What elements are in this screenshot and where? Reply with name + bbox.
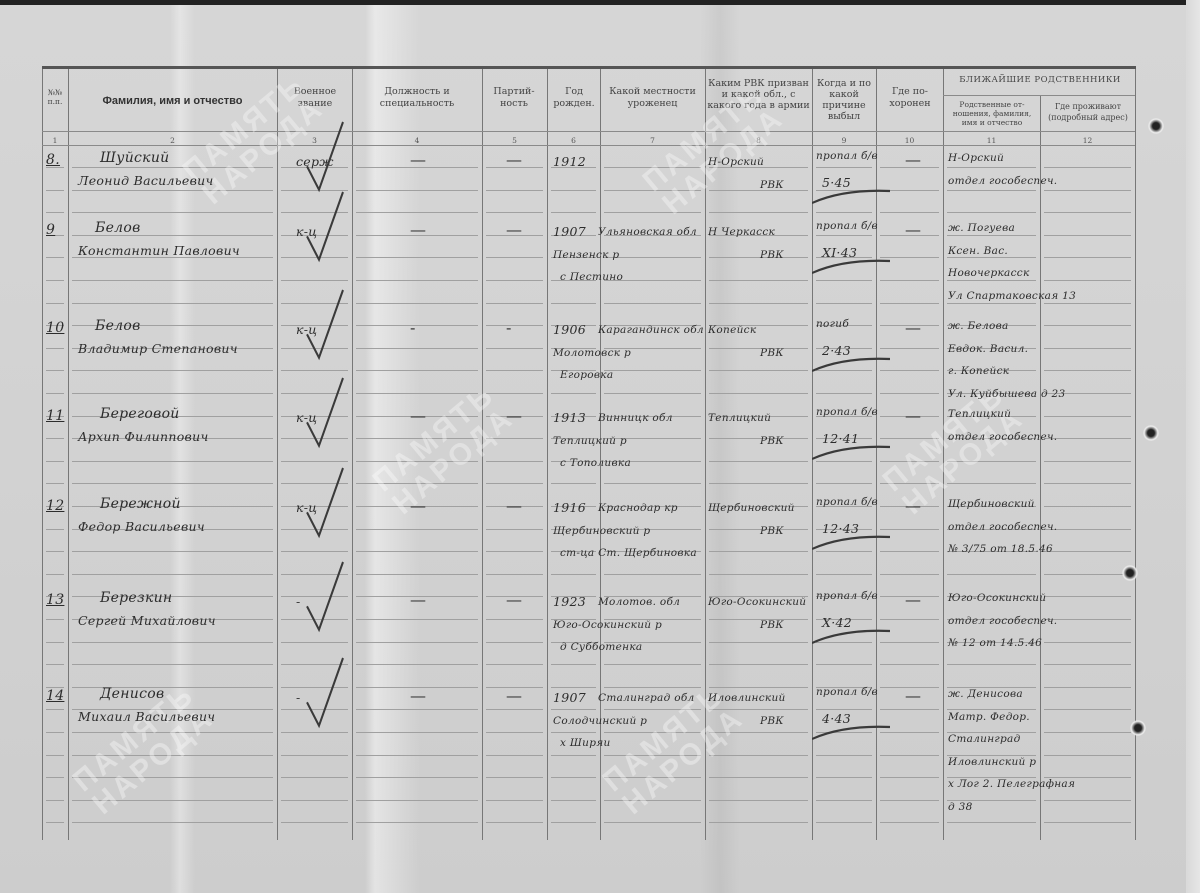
column-divider [1040,95,1041,840]
row-rule [947,212,1036,213]
position-value: - [410,318,415,337]
row-rule [281,800,348,801]
position-value: — [410,686,426,705]
row-rule [486,619,543,620]
relatives-line: г. Копейск [948,365,1009,377]
row-rule [551,709,596,710]
row-rule [604,687,701,688]
relatives-line: Матр. Федор. [948,711,1030,723]
column-number: 10 [876,136,943,145]
birthplace-line: Юго-Осокинский р [553,619,662,631]
row-rule [551,732,596,733]
row-rule [486,325,543,326]
row-rule [709,800,808,801]
column-number: 11 [943,136,1040,145]
header-col-birth-year: Год рожден. [548,86,600,110]
relatives-line: Н-Орский [948,152,1004,164]
row-rule [486,303,543,304]
relatives-line: Щербиновский [948,498,1035,510]
pen-stroke-mark [812,257,890,277]
row-rule [709,619,808,620]
header-col-left: Когда и по какой причине выбыл [813,78,875,122]
row-rule [72,393,273,394]
row-rule [709,664,808,665]
row-rule [281,822,348,823]
row-rule [356,574,478,575]
party-value: — [506,150,522,169]
row-rule [551,212,596,213]
column-number: 6 [547,136,600,145]
position-value: — [410,220,426,239]
first-name-patronymic: Константин Павлович [78,243,240,258]
row-number: 10 [46,320,64,336]
row-rule [46,800,64,801]
row-rule [281,755,348,756]
row-rule [947,235,1036,236]
relatives-line: отдел гособеспеч. [948,615,1057,627]
row-rule [1044,687,1131,688]
row-rule [46,461,64,462]
row-rule [816,303,872,304]
row-rule [281,370,348,371]
row-rule [604,303,701,304]
birthplace-line: Ульяновская обл [598,226,697,238]
column-divider [277,69,278,840]
row-rule [72,642,273,643]
buried-value: — [905,590,921,609]
birth-year: 1916 [553,500,586,515]
row-number: 14 [46,688,64,704]
row-rule [709,574,808,575]
row-rule [816,755,872,756]
row-rule [709,212,808,213]
checkmark-icon [305,290,345,360]
row-rule [1044,664,1131,665]
row-rule [72,461,273,462]
row-rule [880,280,939,281]
birthplace-line: Молотовск р [553,347,631,359]
birthplace-line: х Ширяи [560,737,611,749]
scan-top-edge [0,0,1200,5]
birth-year: 1912 [553,154,586,169]
relatives-line: ж. Белова [948,320,1009,332]
rvk-line: РВК [760,347,784,359]
row-rule [709,687,808,688]
row-rule [943,95,1135,96]
row-rule [709,822,808,823]
row-rule [947,190,1036,191]
row-rule [880,348,939,349]
column-divider [42,69,43,840]
row-rule [709,257,808,258]
row-rule [46,370,64,371]
row-rule [551,777,596,778]
row-rule [281,461,348,462]
row-rule [709,438,808,439]
punch-hole [1130,720,1146,736]
column-number: 5 [482,136,547,145]
row-rule [816,393,872,394]
column-number: 4 [352,136,482,145]
row-rule [709,370,808,371]
rvk-line: РВК [760,179,784,191]
relatives-line: Сталинград [948,733,1021,745]
row-rule [356,642,478,643]
row-rule [281,777,348,778]
row-rule [46,438,64,439]
row-rule [1044,190,1131,191]
row-rule [816,574,872,575]
row-rule [356,529,478,530]
punch-hole [1148,118,1164,134]
row-rule [356,732,478,733]
checkmark-icon [305,562,345,632]
row-rule [486,393,543,394]
party-value: — [506,406,522,425]
row-rule [709,280,808,281]
checkmark-icon [305,378,345,448]
row-rule [880,800,939,801]
party-value: — [506,590,522,609]
left-line: пропал б/в [816,220,878,232]
row-rule [486,461,543,462]
row-rule [880,619,939,620]
rvk-line: РВК [760,249,784,261]
header-col-number: №№ п.п. [42,88,68,106]
row-rule [816,167,872,168]
position-value: — [410,406,426,425]
left-line: пропал б/в [816,406,878,418]
row-rule [604,574,701,575]
left-line: пропал б/в [816,150,878,162]
row-rule [816,777,872,778]
row-number: 8. [46,152,60,168]
row-rule [46,755,64,756]
row-rule [46,664,64,665]
pen-stroke-mark [812,355,890,375]
row-rule [551,800,596,801]
rvk-line: Теплицкий [708,412,771,424]
row-rule [1044,506,1131,507]
row-rule [486,642,543,643]
row-rule [604,822,701,823]
row-rule [551,822,596,823]
row-rule [709,483,808,484]
relatives-line: ж. Денисова [948,688,1023,700]
row-rule [72,212,273,213]
row-rule [709,642,808,643]
row-rule [46,190,64,191]
birthplace-line: Теплицкий р [553,435,627,447]
pen-stroke-mark [812,443,890,463]
row-rule [880,777,939,778]
first-name-patronymic: Федор Васильевич [78,519,205,534]
party-value: — [506,496,522,515]
rvk-line: РВК [760,435,784,447]
surname: Береговой [100,406,180,422]
row-rule [1044,348,1131,349]
checkmark-icon [305,192,345,262]
paper-right-edge [1186,0,1200,893]
row-rule [356,800,478,801]
left-line: пропал б/в [816,496,878,508]
row-rule [72,370,273,371]
birthplace-line: с Пестино [560,271,623,283]
row-rule [1044,732,1131,733]
rvk-line: Н-Орский [708,156,764,168]
row-rule [486,370,543,371]
row-rule [46,257,64,258]
row-rule [880,574,939,575]
row-rule [709,190,808,191]
pen-stroke-mark [812,627,890,647]
row-rule [46,529,64,530]
rvk-line: Иловлинский [708,692,786,704]
table-top-rule [42,66,1136,69]
row-rule [281,280,348,281]
row-rule [486,574,543,575]
row-rule [46,619,64,620]
left-line: пропал б/в [816,686,878,698]
row-rule [486,348,543,349]
row-rule [486,212,543,213]
birthplace-line: Сталинград обл [598,692,695,704]
row-rule [46,822,64,823]
row-rule [42,131,1135,132]
relatives-line: х Лог 2. Пелеграфная [948,778,1075,790]
rvk-line: Копейск [708,324,756,336]
relatives-line: Евдок. Васил. [948,343,1028,355]
row-rule [709,551,808,552]
row-rule [46,348,64,349]
row-rule [46,777,64,778]
row-rule [486,190,543,191]
birth-year: 1907 [553,224,586,239]
row-rule [816,483,872,484]
row-rule [356,190,478,191]
birthplace-line: с Тополивка [560,457,631,469]
rvk-line: Н Черкасск [708,226,775,238]
column-number: 12 [1040,136,1135,145]
row-rule [947,303,1036,304]
row-rule [46,709,64,710]
pen-stroke-mark [812,723,890,743]
row-rule [72,574,273,575]
row-number: 9 [46,222,55,238]
row-rule [880,822,939,823]
row-rule [356,280,478,281]
row-rule [356,664,478,665]
row-rule [880,709,939,710]
relatives-line: № 12 от 14.5.46 [948,637,1042,649]
header-col-relatives: Родственные от- ношения, фамилия, имя и … [944,100,1040,127]
row-rule [947,280,1036,281]
row-rule [72,190,273,191]
row-rule [880,303,939,304]
row-rule [1044,461,1131,462]
row-rule [1044,596,1131,597]
row-rule [551,393,596,394]
position-value: — [410,590,426,609]
row-rule [356,822,478,823]
row-rule [486,280,543,281]
relatives-line: № 3/75 от 18.5.46 [948,543,1053,555]
punch-hole [1122,565,1138,581]
birthplace-line: Щербиновский р [553,525,650,537]
row-rule [947,822,1036,823]
row-rule [1044,800,1131,801]
birthplace-line: Молотов. обл [598,596,680,608]
row-rule [1044,235,1131,236]
row-rule [281,642,348,643]
row-rule [816,664,872,665]
position-value: — [410,496,426,515]
row-rule [551,574,596,575]
row-rule [551,664,596,665]
birthplace-line: ст-ца Ст. Щербиновка [560,547,697,559]
birthplace-line: Егоровка [560,369,613,381]
row-rule [46,574,64,575]
row-rule [486,551,543,552]
row-rule [1044,709,1131,710]
row-number: 12 [46,498,64,514]
row-rule [1044,551,1131,552]
relatives-line: Ул. Куйбышева д 23 [948,388,1066,400]
row-rule [880,393,939,394]
military-rank: - [296,594,301,609]
row-rule [709,303,808,304]
row-rule [880,664,939,665]
relatives-line: д 38 [948,801,973,813]
relatives-line: Теплицкий [948,408,1011,420]
row-rule [1044,325,1131,326]
row-rule [947,257,1036,258]
buried-value: — [905,686,921,705]
row-rule [46,483,64,484]
row-rule [1044,280,1131,281]
row-rule [356,755,478,756]
row-rule [947,574,1036,575]
row-rule [1044,642,1131,643]
row-rule [1044,822,1131,823]
row-rule [1044,212,1131,213]
relatives-line: отдел гособеспеч. [948,175,1057,187]
row-rule [709,393,808,394]
row-rule [709,461,808,462]
checkmark-icon [305,122,345,192]
row-rule [356,709,478,710]
relatives-line: отдел гособеспеч. [948,431,1057,443]
row-number: 13 [46,592,64,608]
buried-value: — [905,318,921,337]
buried-value: — [905,220,921,239]
position-value: — [410,150,426,169]
buried-value: — [905,496,921,515]
surname: Березкин [100,590,172,606]
row-rule [486,777,543,778]
row-rule [46,642,64,643]
birth-year: 1913 [553,410,586,425]
relatives-line: Иловлинский р [948,756,1036,768]
row-rule [551,755,596,756]
column-number: 9 [812,136,876,145]
column-divider [352,69,353,840]
row-rule [486,257,543,258]
row-rule [1044,303,1131,304]
relatives-line: Ксен. Вас. [948,245,1008,257]
row-rule [486,664,543,665]
left-line: пропал б/в [816,590,878,602]
row-rule [281,732,348,733]
pen-stroke-mark [812,187,890,207]
rvk-line: Юго-Осокинский [708,596,806,608]
row-rule [1044,755,1131,756]
row-rule [356,777,478,778]
row-rule [1044,416,1131,417]
relatives-line: Новочеркасск [948,267,1030,279]
row-rule [72,303,273,304]
row-rule [816,280,872,281]
row-rule [551,190,596,191]
row-rule [709,529,808,530]
rvk-line: РВК [760,715,784,727]
row-rule [356,348,478,349]
party-value: - [506,318,511,337]
rvk-line: РВК [760,619,784,631]
row-rule [709,348,808,349]
row-rule [46,393,64,394]
surname: Шуйский [100,150,169,166]
row-rule [46,732,64,733]
row-rule [551,483,596,484]
relatives-line: отдел гособеспеч. [948,521,1057,533]
party-value: — [506,686,522,705]
row-rule [72,822,273,823]
relatives-line: Юго-Осокинский [948,592,1046,604]
row-rule [604,664,701,665]
buried-value: — [905,150,921,169]
row-rule [1044,483,1131,484]
row-number: 11 [46,408,64,424]
row-rule [46,212,64,213]
row-rule [46,551,64,552]
surname: Белов [95,220,141,236]
column-number: 1 [42,136,68,145]
row-rule [486,755,543,756]
header-col-position: Должность и специальность [352,86,482,110]
first-name-patronymic: Архип Филиппович [78,429,209,444]
header-col-address: Где проживают (подробный адрес) [1040,101,1136,123]
birthplace-line: д Субботенка [560,641,642,653]
row-rule [356,257,478,258]
birth-year: 1923 [553,594,586,609]
header-col-party: Партий- ность [484,86,544,110]
row-rule [604,483,701,484]
birthplace-line: Винницк обл [598,412,673,424]
row-rule [356,551,478,552]
header-col-buried: Где по- хоронен [877,86,943,110]
row-rule [356,212,478,213]
column-divider [547,69,548,840]
row-rule [709,755,808,756]
row-rule [1044,167,1131,168]
column-divider [68,69,69,840]
row-rule [486,800,543,801]
header-col-birthplace: Какой местности уроженец [600,86,705,110]
checkmark-icon [305,658,345,728]
first-name-patronymic: Леонид Васильевич [78,173,214,188]
row-rule [816,212,872,213]
